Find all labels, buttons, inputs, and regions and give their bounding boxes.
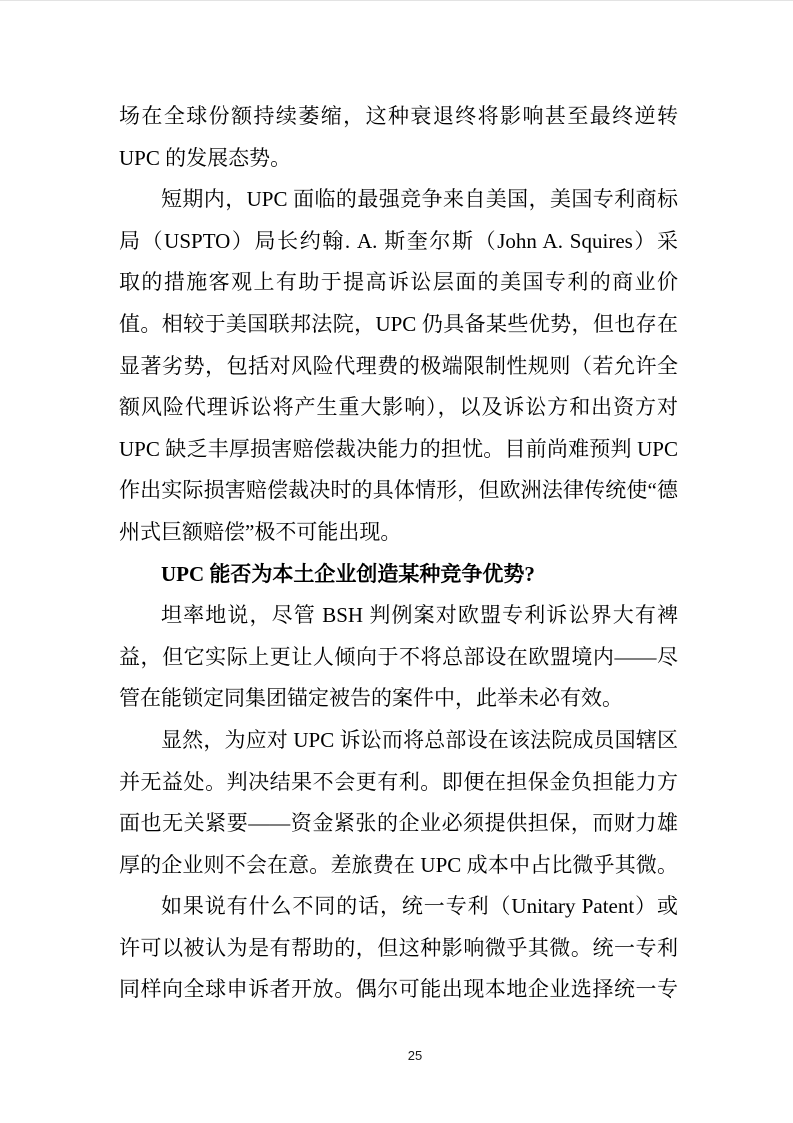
text-line: 取的措施客观上有助于提高诉讼层面的美国专利的商业价	[119, 262, 678, 304]
text-line: 局（USPTO）局长约翰. A. 斯奎尔斯（John A. Squires）采	[119, 221, 678, 263]
text-line: 同样向全球申诉者开放。偶尔可能出现本地企业选择统一专	[119, 969, 678, 1011]
text-line: 管在能锁定同集团锚定被告的案件中，此举未必有效。	[119, 678, 678, 720]
text-line: UPC 缺乏丰厚损害赔偿裁决能力的担忧。目前尚难预判 UPC	[119, 429, 678, 471]
text-line: 作出实际损害赔偿裁决时的具体情形，但欧洲法律传统使“德	[119, 470, 678, 512]
text-line: 显然，为应对 UPC 诉讼而将总部设在该法院成员国辖区	[119, 720, 678, 762]
text-line: 短期内，UPC 面临的最强竞争来自美国，美国专利商标	[119, 179, 678, 221]
page-number: 25	[408, 1047, 422, 1065]
text-line: 厚的企业则不会在意。差旅费在 UPC 成本中占比微乎其微。	[119, 845, 678, 887]
text-line: 显著劣势，包括对风险代理费的极端限制性规则（若允许全	[119, 346, 678, 388]
text-line: 州式巨额赔偿”极不可能出现。	[119, 512, 678, 554]
text-line: 益，但它实际上更让人倾向于不将总部设在欧盟境内——尽	[119, 637, 678, 679]
document-page: 场在全球份额持续萎缩，这种衰退终将影响甚至最终逆转 UPC 的发展态势。 短期内…	[0, 0, 793, 1123]
text-line: 值。相较于美国联邦法院，UPC 仍具备某些优势，但也存在	[119, 304, 678, 346]
text-line: 额风险代理诉讼将产生重大影响），以及诉讼方和出资方对	[119, 387, 678, 429]
text-line: 坦率地说，尽管 BSH 判例案对欧盟专利诉讼界大有裨	[119, 595, 678, 637]
text-line: 场在全球份额持续萎缩，这种衰退终将影响甚至最终逆转	[119, 96, 678, 138]
text-line: UPC 的发展态势。	[119, 138, 678, 180]
text-line: 面也无关紧要——资金紧张的企业必须提供担保，而财力雄	[119, 803, 678, 845]
text-line: 并无益处。判决结果不会更有利。即便在担保金负担能力方	[119, 762, 678, 804]
text-body: 场在全球份额持续萎缩，这种衰退终将影响甚至最终逆转 UPC 的发展态势。 短期内…	[119, 96, 678, 1011]
text-line: 如果说有什么不同的话，统一专利（Unitary Patent）或	[119, 886, 678, 928]
text-line: 许可以被认为是有帮助的，但这种影响微乎其微。统一专利	[119, 928, 678, 970]
section-heading: UPC 能否为本土企业创造某种竞争优势?	[119, 554, 678, 596]
